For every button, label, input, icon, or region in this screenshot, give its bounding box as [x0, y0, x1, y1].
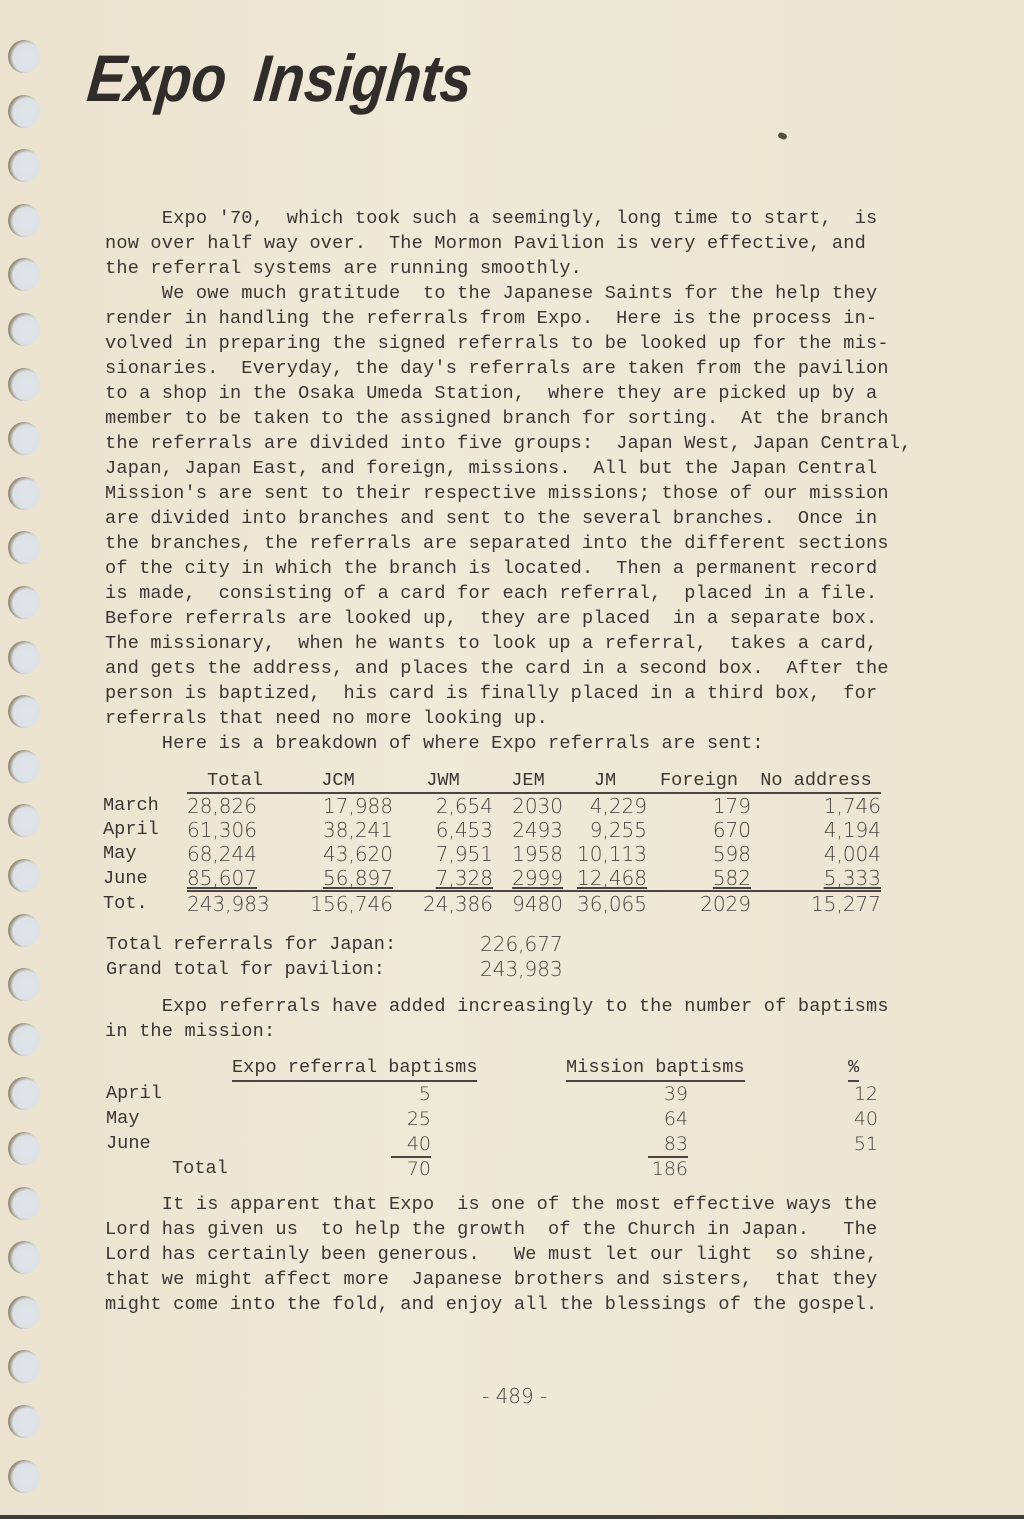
paragraph-line: Lord has certainly been generous. We mus…: [105, 1242, 947, 1267]
binder-hole: [8, 95, 40, 128]
table-cell: 2,654: [393, 793, 493, 818]
table-row: May68,24443,6207,951195810,1135984,004: [103, 842, 881, 866]
paragraph-line: referrals that need no more looking up.: [105, 706, 947, 731]
paragraph-line: sionaries. Everyday, the day's referrals…: [105, 356, 947, 381]
table-cell: 9480: [493, 891, 563, 916]
table-cell: 56,897: [283, 866, 393, 891]
binder-hole: [8, 204, 40, 237]
summary-label: Grand total for pavilion:: [106, 957, 480, 982]
binder-hole: [8, 1241, 40, 1274]
referrals-table: Total JCM JWM JEM JM Foreign No address …: [103, 768, 881, 916]
table-cell: 36,065: [563, 891, 647, 916]
mission-baptisms-cell: 83: [648, 1132, 688, 1158]
mission-baptisms-cell: 39: [648, 1082, 688, 1106]
table-cell: 156,746: [283, 891, 393, 916]
row-label: May: [106, 1107, 139, 1131]
column-header-jwm: JWM: [393, 768, 493, 793]
table-cell: 582: [647, 866, 751, 891]
table-cell: 1958: [493, 842, 563, 866]
paragraph-line: in the mission:: [105, 1019, 947, 1044]
paragraph-line: render in handling the referrals from Ex…: [105, 306, 947, 331]
binder-hole: [8, 695, 40, 728]
binder-hole: [8, 1405, 40, 1438]
table-cell: 6,453: [393, 818, 493, 842]
row-label: April: [103, 818, 187, 842]
binder-hole: [8, 968, 40, 1001]
paragraph-line: to a shop in the Osaka Umeda Station, wh…: [105, 381, 947, 406]
binder-hole: [8, 914, 40, 947]
paper-speck: [777, 132, 788, 141]
table-cell: 15,277: [751, 891, 881, 916]
paragraph-line: It is apparent that Expo is one of the m…: [105, 1192, 947, 1217]
binder-hole: [8, 641, 40, 674]
paragraph-line: Japan, Japan East, and foreign, missions…: [105, 456, 947, 481]
binder-hole: [8, 859, 40, 892]
binder-hole: [8, 422, 40, 455]
summary-row: Total referrals for Japan:226,677: [106, 932, 563, 957]
column-header-foreign: Foreign: [647, 768, 751, 793]
paragraph-line: and gets the address, and places the car…: [105, 656, 947, 681]
expo-baptisms-cell: 40: [391, 1132, 431, 1158]
paragraph-line: volved in preparing the signed referrals…: [105, 331, 947, 356]
percent-cell: 51: [838, 1132, 878, 1156]
table-cell: 179: [647, 793, 751, 818]
page-title: Expo Insights: [84, 40, 476, 116]
row-label: May: [103, 842, 187, 866]
row-label: Tot.: [103, 891, 187, 916]
table-cell: 5,333: [751, 866, 881, 891]
table-cell: 7,951: [393, 842, 493, 866]
table-cell: 598: [647, 842, 751, 866]
paragraph-line: are divided into branches and sent to th…: [105, 506, 947, 531]
binder-hole: [8, 1187, 40, 1220]
binder-hole: [8, 1460, 40, 1493]
paragraph-line: Before referrals are looked up, they are…: [105, 606, 947, 631]
column-header-jcm: JCM: [283, 768, 393, 793]
referral-summary: Total referrals for Japan:226,677Grand t…: [106, 932, 563, 982]
table-cell: 28,826: [187, 793, 283, 818]
paragraph-line: We owe much gratitude to the Japanese Sa…: [105, 281, 947, 306]
binder-hole: [8, 531, 40, 564]
table-row: April61,30638,2416,45324939,2556704,194: [103, 818, 881, 842]
binder-hole: [8, 1132, 40, 1165]
paragraph-line: member to be taken to the assigned branc…: [105, 406, 947, 431]
paragraph-line: is made, consisting of a card for each r…: [105, 581, 947, 606]
paragraph-line: of the city in which the branch is locat…: [105, 556, 947, 581]
page-edge-shadow: [0, 1515, 1024, 1519]
row-label: June: [103, 866, 187, 891]
binder-hole: [8, 750, 40, 783]
paragraph-line: now over half way over. The Mormon Pavil…: [105, 231, 947, 256]
column-header-jem: JEM: [493, 768, 563, 793]
table-cell: 243,983: [187, 891, 283, 916]
expo-baptisms-cell: 5: [391, 1082, 431, 1106]
table-cell: 61,306: [187, 818, 283, 842]
page-number: - 489 -: [482, 1384, 547, 1408]
expo-baptisms-total: 70: [391, 1157, 431, 1181]
table-cell: 4,004: [751, 842, 881, 866]
paragraph-line: Mission's are sent to their respective m…: [105, 481, 947, 506]
total-row: Tot.243,983156,74624,386948036,065202915…: [103, 891, 881, 916]
percent-cell: 12: [838, 1082, 878, 1106]
expo-baptisms-cell: 25: [391, 1107, 431, 1131]
summary-row: Grand total for pavilion:243,983: [106, 957, 563, 982]
row-label: April: [106, 1082, 162, 1106]
table-cell: 24,386: [393, 891, 493, 916]
binder-hole: [8, 258, 40, 291]
paragraph-line: the branches, the referrals are separate…: [105, 531, 947, 556]
mission-baptisms-total: 186: [648, 1157, 688, 1181]
paragraph-line: Here is a breakdown of where Expo referr…: [105, 731, 947, 756]
paragraph-line: Expo '70, which took such a seemingly, l…: [105, 206, 947, 231]
table-cell: 68,244: [187, 842, 283, 866]
summary-value: 226,677: [480, 932, 563, 957]
summary-value: 243,983: [480, 957, 563, 982]
intro-text: Expo '70, which took such a seemingly, l…: [105, 206, 947, 756]
binder-hole: [8, 1077, 40, 1110]
paragraph-line: might come into the fold, and enjoy all …: [105, 1292, 947, 1317]
table-cell: 670: [647, 818, 751, 842]
table-cell: 4,194: [751, 818, 881, 842]
paragraph-line: that we might affect more Japanese broth…: [105, 1267, 947, 1292]
paragraph-line: Expo referrals have added increasingly t…: [105, 994, 947, 1019]
row-label-header: [103, 768, 187, 793]
table-row: March28,82617,9882,65420304,2291791,746: [103, 793, 881, 818]
binder-hole: [8, 1350, 40, 1383]
column-header-no-address: No address: [751, 768, 881, 793]
column-header-mission-baptisms: Mission baptisms: [566, 1056, 745, 1082]
table-cell: 12,468: [563, 866, 647, 891]
binder-hole: [8, 149, 40, 182]
table-cell: 38,241: [283, 818, 393, 842]
table-cell: 1,746: [751, 793, 881, 818]
binder-hole: [8, 586, 40, 619]
paragraph-line: the referral systems are running smoothl…: [105, 256, 947, 281]
row-label: March: [103, 793, 187, 818]
binder-hole: [8, 1023, 40, 1056]
paragraph-line: person is baptized, his card is finally …: [105, 681, 947, 706]
binder-hole: [8, 313, 40, 346]
closing-text: It is apparent that Expo is one of the m…: [105, 1192, 947, 1317]
column-header-percent: %: [848, 1056, 859, 1082]
column-header-total: Total: [187, 768, 283, 793]
row-label: June: [106, 1132, 151, 1156]
column-header-jm: JM: [563, 768, 647, 793]
table-cell: 9,255: [563, 818, 647, 842]
binder-hole: [8, 1296, 40, 1329]
binder-hole: [8, 477, 40, 510]
mission-baptisms-cell: 64: [648, 1107, 688, 1131]
binder-hole: [8, 804, 40, 837]
baptisms-intro-text: Expo referrals have added increasingly t…: [105, 994, 947, 1044]
table-cell: 43,620: [283, 842, 393, 866]
paragraph-line: the referrals are divided into five grou…: [105, 431, 947, 456]
column-header-expo-baptisms: Expo referral baptisms: [232, 1056, 477, 1082]
binder-holes: [8, 0, 44, 1517]
document-page: Expo Insights Expo '70, which took such …: [0, 0, 1024, 1517]
summary-label: Total referrals for Japan:: [106, 932, 480, 957]
paragraph-line: Lord has given us to help the growth of …: [105, 1217, 947, 1242]
paragraph-line: The missionary, when he wants to look up…: [105, 631, 947, 656]
table-cell: 2493: [493, 818, 563, 842]
table-cell: 17,988: [283, 793, 393, 818]
total-label: Total: [172, 1157, 228, 1181]
table-cell: 7,328: [393, 866, 493, 891]
percent-cell: 40: [838, 1107, 878, 1131]
table-cell: 2030: [493, 793, 563, 818]
table-cell: 85,607: [187, 866, 283, 891]
table-cell: 2029: [647, 891, 751, 916]
table-cell: 4,229: [563, 793, 647, 818]
binder-hole: [8, 40, 40, 73]
referrals-header-row: Total JCM JWM JEM JM Foreign No address: [103, 768, 881, 793]
table-cell: 10,113: [563, 842, 647, 866]
binder-hole: [8, 368, 40, 401]
table-row: June85,60756,8977,328299912,4685825,333: [103, 866, 881, 891]
table-cell: 2999: [493, 866, 563, 891]
